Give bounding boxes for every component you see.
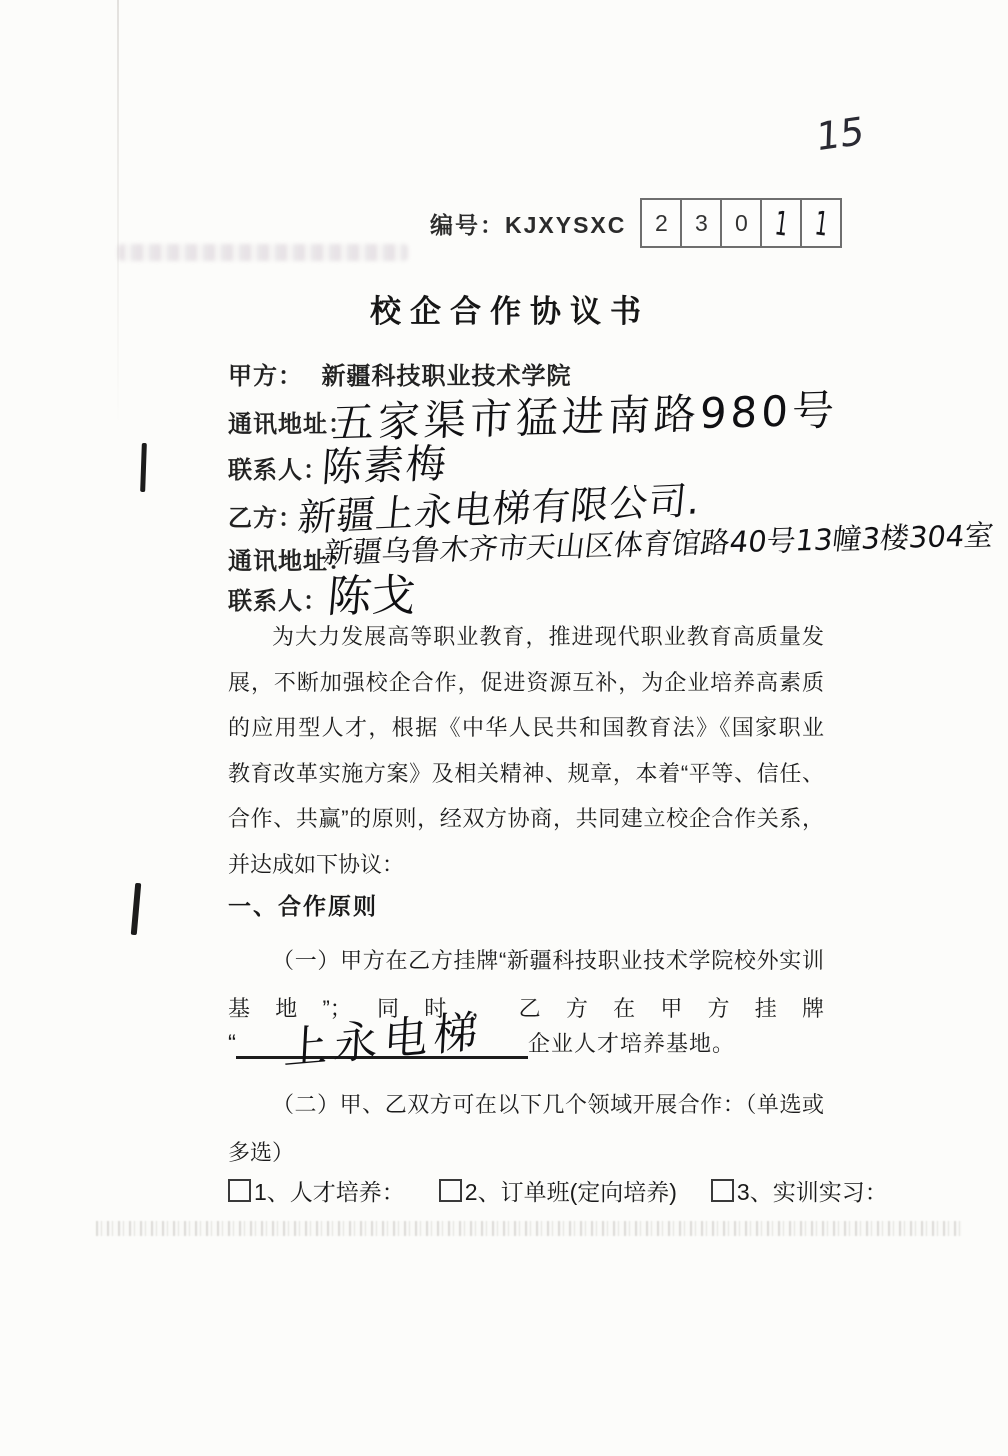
serial-box-digit-handwritten: 1 <box>800 198 842 248</box>
scanned-agreement-page: 15 编号：KJXYSXC 2 3 0 1 1 校企合作协议书 甲方： 新疆科技… <box>0 0 1008 1456</box>
binding-mark <box>140 443 147 492</box>
clause-two-line2: 多选） <box>228 1130 824 1176</box>
serial-box-digit: 0 <box>720 198 762 248</box>
handwritten-page-number: 15 <box>815 108 864 159</box>
field-label: 乙方： <box>228 505 303 532</box>
field-label: 甲方： <box>228 363 303 390</box>
binding-mark <box>131 883 142 935</box>
preamble-line: 并达成如下协议： <box>228 842 824 888</box>
preamble-line: 合作、共赢”的原则，经双方协商，共同建立校企合作关系， <box>228 796 824 842</box>
preamble-line: 教育改革实施方案》及相关精神、规章，本着“平等、信任、 <box>228 751 824 797</box>
serial-box-digit: 2 <box>640 198 682 248</box>
serial-boxes: 2 3 0 1 1 <box>642 198 842 248</box>
preamble-line: 为大力发展高等职业教育，推进现代职业教育高质量发 <box>228 614 824 660</box>
open-quote: “ <box>228 1029 236 1059</box>
option-label: 订单班(定向培养) <box>501 1174 677 1207</box>
option-item-1: 1、 人才培养： <box>228 1174 405 1207</box>
option-label: 实训实习： <box>773 1174 888 1207</box>
paper-edge <box>117 0 119 430</box>
fill-in-underline: 上永电梯 <box>236 1022 528 1059</box>
field-party-b: 乙方： <box>228 498 303 533</box>
scan-noise-band <box>96 1221 962 1236</box>
clause-one-line1: （一）甲方在乙方挂牌“新疆科技职业技术学院校外实训 <box>228 938 824 984</box>
serial-box-digit: 3 <box>680 198 722 248</box>
document-title: 校企合作协议书 <box>0 286 1008 331</box>
option-number: 1、 <box>254 1174 290 1207</box>
option-item-3: 3、 实训实习： <box>711 1174 888 1207</box>
handwritten-digit: 1 <box>773 203 790 243</box>
handwritten-digit: 1 <box>813 203 830 243</box>
field-label: 联系人： <box>228 457 328 484</box>
serial-number-row: 编号：KJXYSXC 2 3 0 1 1 <box>430 198 842 248</box>
fill-in-blank-row: “ 上永电梯 企业人才培养基地。 <box>228 1022 868 1059</box>
preamble-line: 的应用型人才，根据《中华人民共和国教育法》《国家职业 <box>228 705 824 751</box>
checkbox-icon <box>228 1179 251 1202</box>
preamble-line: 展，不断加强校企合作，促进资源互补，为企业培养高素质 <box>228 660 824 706</box>
option-item-2: 2、 订单班(定向培养) <box>439 1174 677 1207</box>
section-heading: 一、合作原则 <box>228 888 378 921</box>
checkbox-icon <box>439 1179 462 1202</box>
checkbox-icon <box>711 1179 734 1202</box>
field-label: 联系人： <box>228 588 328 615</box>
fill-in-suffix-text: 企业人才培养基地。 <box>528 1029 735 1059</box>
preamble-paragraph: 为大力发展高等职业教育，推进现代职业教育高质量发 展，不断加强校企合作，促进资源… <box>228 614 824 887</box>
bleed-through-smudge <box>118 244 408 261</box>
field-contact-a: 联系人： <box>228 450 328 485</box>
option-number: 3、 <box>737 1174 773 1207</box>
serial-box-digit-handwritten: 1 <box>760 198 802 248</box>
cooperation-options-row: 1、 人才培养： 2、 订单班(定向培养) 3、 实训实习： <box>228 1174 828 1207</box>
serial-label: 编号：KJXYSXC <box>430 207 626 240</box>
field-contact-b: 联系人： <box>228 581 328 616</box>
option-number: 2、 <box>465 1174 501 1207</box>
clause-two-line1: （二）甲、乙双方可在以下几个领域开展合作：（单选或 <box>228 1082 824 1128</box>
option-label: 人才培养： <box>290 1174 405 1207</box>
